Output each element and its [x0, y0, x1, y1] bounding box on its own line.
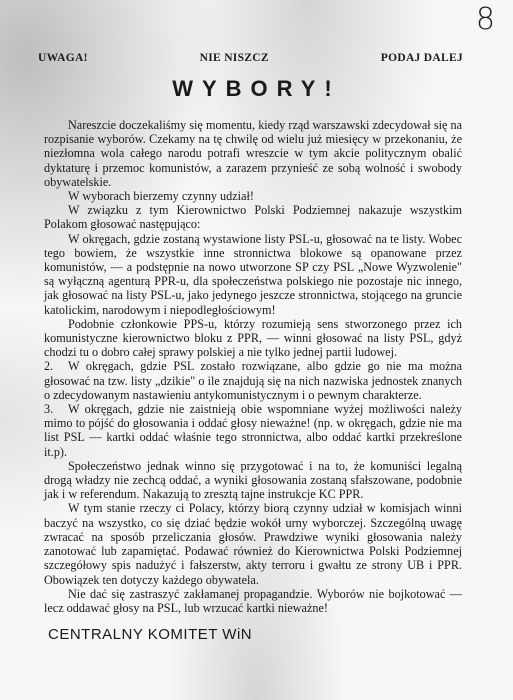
point-number: 3. [44, 402, 68, 416]
header-do-not-destroy: NIE NISZCZ [200, 52, 269, 64]
signature: CENTRALNY KOMITET WiN [48, 626, 252, 643]
paragraph-final-appeal: Nie dać się zastraszyć zakłamanej propag… [44, 587, 462, 615]
scanned-leaflet: 8 UWAGA! NIE NISZCZ PODAJ DALEJ WYBORY! … [0, 0, 513, 700]
header-warning: UWAGA! [38, 52, 88, 64]
paragraph-point-1: W okręgach, gdzie zostaną wystawione lis… [44, 232, 462, 317]
handwritten-page-number: 8 [476, 2, 495, 37]
paragraph-pps: Podobnie członkowie PPS-u, którzy rozumi… [44, 317, 462, 360]
point-text: W okręgach, gdzie PSL zostało rozwiązane… [44, 359, 462, 401]
document-body: Nareszcie doczekaliśmy się momentu, kied… [44, 118, 462, 615]
numbered-point-3: 3.W okręgach, gdzie nie zaistnieją obie … [44, 402, 462, 459]
header-pass-on: PODAJ DALEJ [381, 52, 463, 64]
point-number: 2. [44, 359, 68, 373]
numbered-point-2: 2.W okręgach, gdzie PSL zostało rozwiąza… [44, 359, 462, 402]
header-row: UWAGA! NIE NISZCZ PODAJ DALEJ [38, 52, 463, 64]
document-title: WYBORY! [0, 76, 513, 102]
paragraph-falsification: Społeczeństwo jednak winno się przygotow… [44, 459, 462, 502]
paragraph-instruction: W związku z tym Kierownictwo Polski Podz… [44, 203, 462, 231]
point-text: W okręgach, gdzie nie zaistnieją obie ws… [44, 402, 462, 459]
paragraph-commissions: W tym stanie rzeczy ci Polacy, którzy bi… [44, 501, 462, 586]
paragraph-intro: Nareszcie doczekaliśmy się momentu, kied… [44, 118, 462, 189]
paragraph-participation: W wyborach bierzemy czynny udział! [44, 189, 462, 203]
